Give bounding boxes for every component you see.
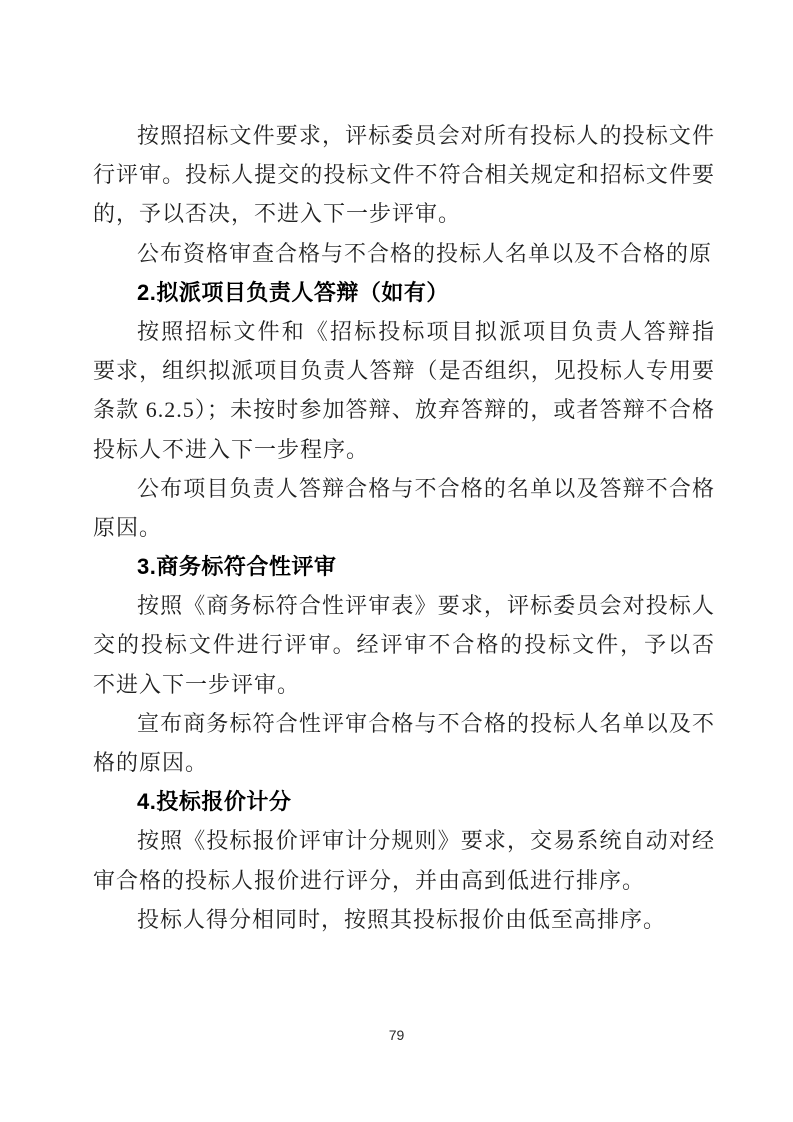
heading-9: 4.投标报价计分 — [93, 782, 715, 821]
paragraph-10: 按照《投标报价评审计分规则》要求，交易系统自动对经评审合格的投标人报价进行评分，… — [93, 821, 715, 899]
paragraph-1: 按照招标文件要求，评标委员会对所有投标人的投标文件进行评审。投标人提交的投标文件… — [93, 116, 715, 234]
text-line: 交的投标文件进行评审。经评审不合格的投标文件，予以否决， — [93, 625, 715, 664]
text-line: 条款 6.2.5）；未按时参加答辩、放弃答辩的，或者答辩不合格的 — [93, 390, 715, 429]
page-number: 79 — [0, 1026, 793, 1044]
text-line: 宣布商务标符合性评审合格与不合格的投标人名单以及不合 — [93, 704, 715, 743]
text-line: 公布项目负责人答辩合格与不合格的名单以及答辩不合格的 — [93, 469, 715, 508]
paragraph-4: 按照招标文件和《招标投标项目拟派项目负责人答辩指引》要求，组织拟派项目负责人答辩… — [93, 312, 715, 469]
text-line: 投标人得分相同时，按照其投标报价由低至高排序。 — [93, 900, 715, 939]
heading-6: 3.商务标符合性评审 — [93, 547, 715, 586]
text-line: 格的原因。 — [93, 743, 715, 782]
text-line: 3.商务标符合性评审 — [93, 547, 715, 586]
paragraph-2: 公布资格审查合格与不合格的投标人名单以及不合格的原因。 — [93, 234, 715, 273]
text-line: 审合格的投标人报价进行评分，并由高到低进行排序。 — [93, 861, 715, 900]
text-line: 按照招标文件和《招标投标项目拟派项目负责人答辩指引》 — [93, 312, 715, 351]
document-page: 按照招标文件要求，评标委员会对所有投标人的投标文件进行评审。投标人提交的投标文件… — [0, 0, 793, 1122]
text-line: 投标人不进入下一步程序。 — [93, 430, 715, 469]
paragraph-11: 投标人得分相同时，按照其投标报价由低至高排序。 — [93, 900, 715, 939]
text-line: 要求，组织拟派项目负责人答辩（是否组织，见投标人专用要约 — [93, 351, 715, 390]
text-line: 公布资格审查合格与不合格的投标人名单以及不合格的原因。 — [93, 234, 715, 273]
text-line: 按照《商务标符合性评审表》要求，评标委员会对投标人提 — [93, 586, 715, 625]
text-line: 2.拟派项目负责人答辩（如有） — [93, 273, 715, 312]
paragraph-8: 宣布商务标符合性评审合格与不合格的投标人名单以及不合格的原因。 — [93, 704, 715, 782]
heading-3: 2.拟派项目负责人答辩（如有） — [93, 273, 715, 312]
paragraph-5: 公布项目负责人答辩合格与不合格的名单以及答辩不合格的原因。 — [93, 469, 715, 547]
text-line: 原因。 — [93, 508, 715, 547]
text-line: 4.投标报价计分 — [93, 782, 715, 821]
text-line: 按照招标文件要求，评标委员会对所有投标人的投标文件进 — [93, 116, 715, 155]
text-line: 按照《投标报价评审计分规则》要求，交易系统自动对经评 — [93, 821, 715, 860]
text-line: 的，予以否决，不进入下一步评审。 — [93, 194, 715, 233]
paragraph-7: 按照《商务标符合性评审表》要求，评标委员会对投标人提交的投标文件进行评审。经评审… — [93, 586, 715, 704]
text-line: 行评审。投标人提交的投标文件不符合相关规定和招标文件要求 — [93, 155, 715, 194]
text-line: 不进入下一步评审。 — [93, 665, 715, 704]
document-content: 按照招标文件要求，评标委员会对所有投标人的投标文件进行评审。投标人提交的投标文件… — [93, 116, 715, 939]
